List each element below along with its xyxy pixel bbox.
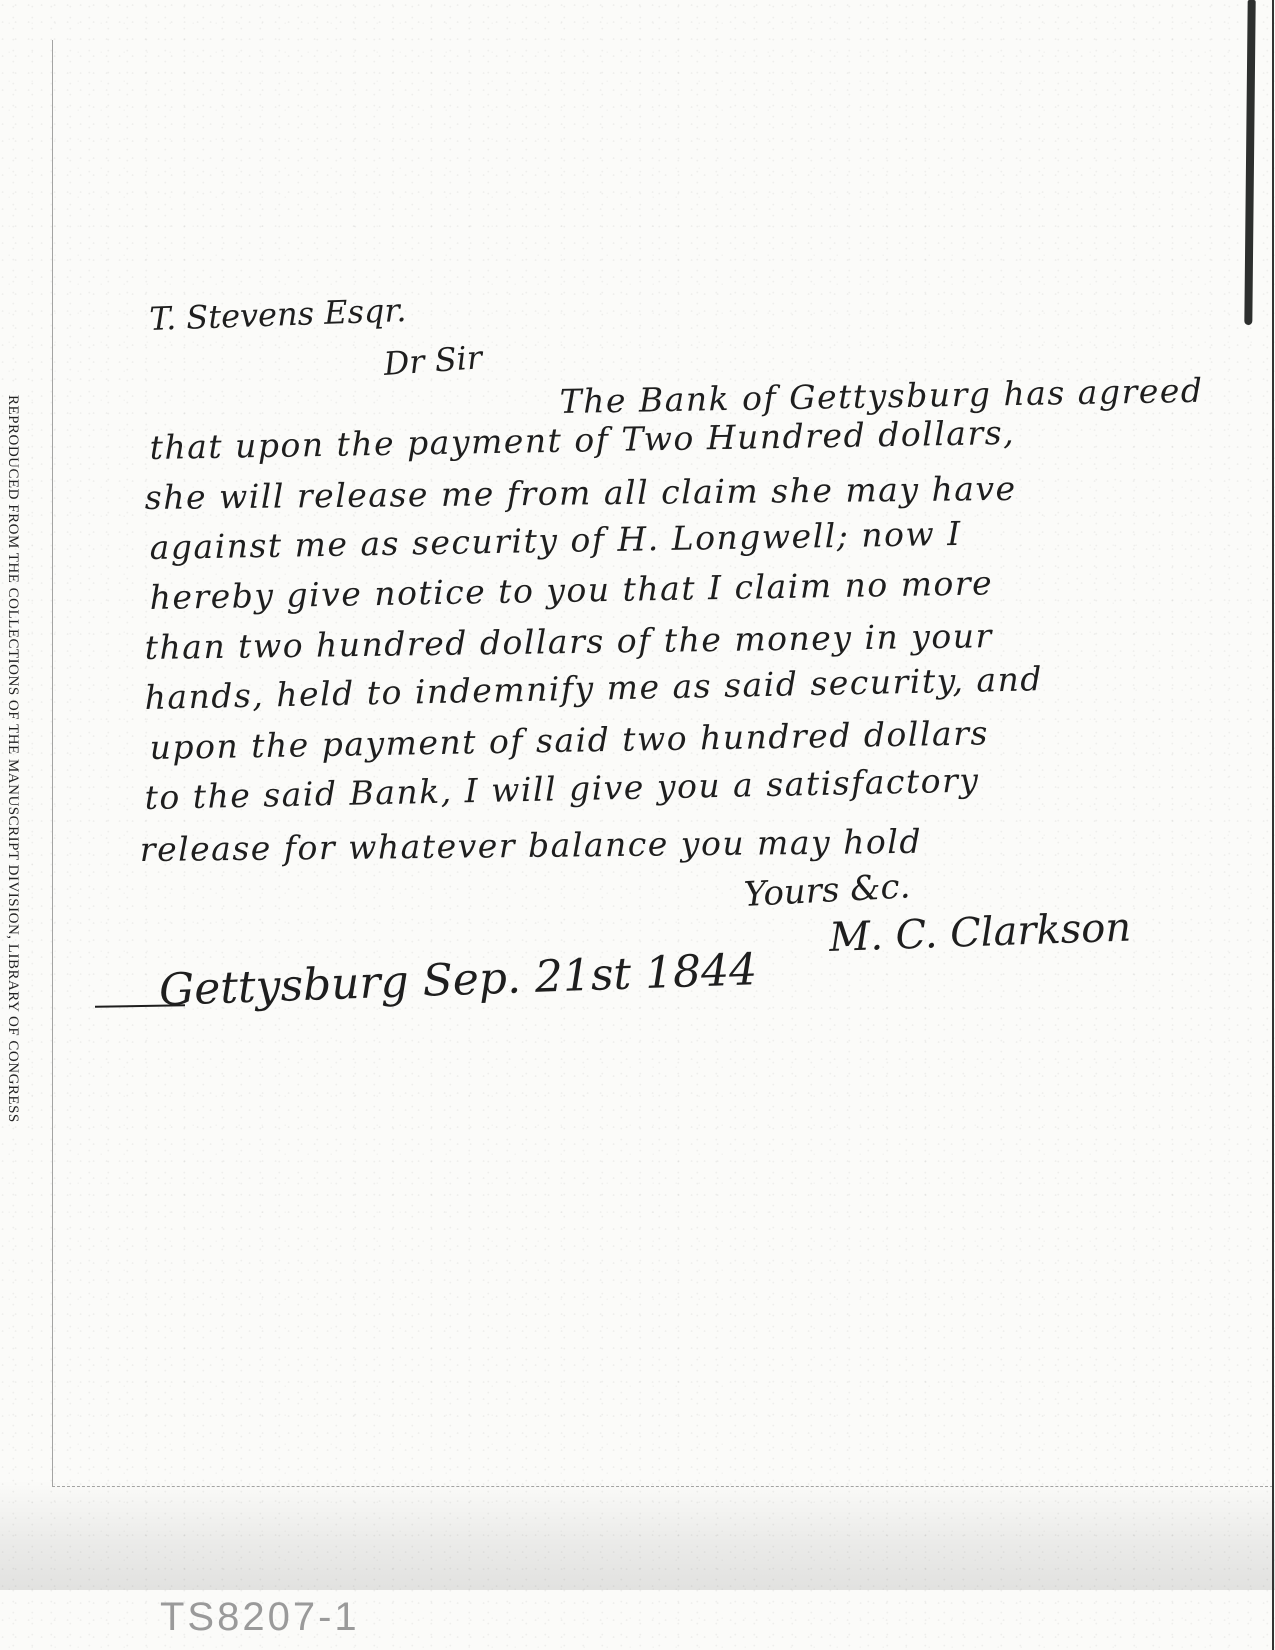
salutation: Dr Sir xyxy=(382,338,483,383)
catalog-number: TS8207-1 xyxy=(160,1595,360,1640)
document-page: REPRODUCED FROM THE COLLECTIONS OF THE M… xyxy=(0,0,1275,1650)
body-line-10: release for whatever balance you may hol… xyxy=(140,822,923,869)
photocopy-shadow xyxy=(0,1480,1275,1590)
library-reproduction-stamp: REPRODUCED FROM THE COLLECTIONS OF THE M… xyxy=(3,395,21,1395)
page-edge-line xyxy=(1272,0,1274,1650)
